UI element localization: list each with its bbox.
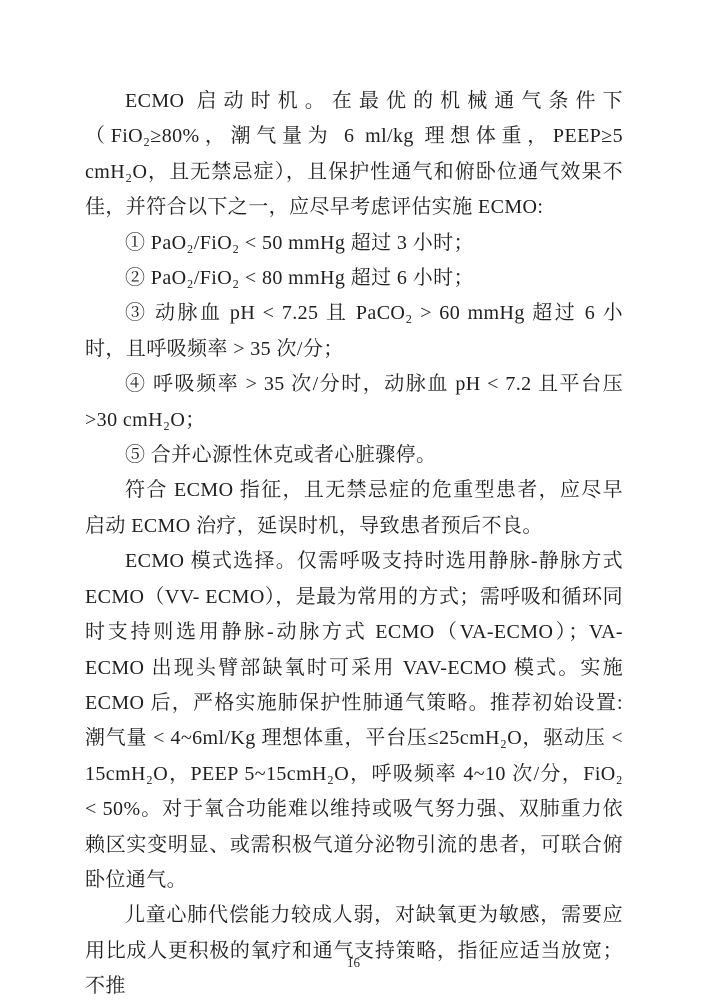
paragraph: ECMO 模式选择。仅需呼吸支持时选用静脉-静脉方式 ECMO（VV- ECMO… [85, 544, 623, 898]
page-footer: 16 [0, 954, 707, 972]
paragraph: 符合 ECMO 指征，且无禁忌症的危重型患者，应尽早启动 ECMO 治疗，延误时… [85, 473, 623, 544]
paragraph: ② PaO₂/FiO₂ < 80 mmHg 超过 6 小时； [85, 261, 623, 296]
document-body: ECMO 启动时机。在最优的机械通气条件下（FiO₂≥80%，潮气量为 6 ml… [85, 84, 623, 1000]
paragraph: ④ 呼吸频率 > 35 次/分时，动脉血 pH < 7.2 且平台压>30 cm… [85, 367, 623, 438]
paragraph: ⑤ 合并心源性休克或者心脏骤停。 [85, 438, 623, 473]
page-number: 16 [347, 955, 360, 970]
paragraph: ③ 动脉血 pH < 7.25 且 PaCO₂ > 60 mmHg 超过 6 小… [85, 296, 623, 367]
paragraph: ECMO 启动时机。在最优的机械通气条件下（FiO₂≥80%，潮气量为 6 ml… [85, 84, 623, 226]
document-page: ECMO 启动时机。在最优的机械通气条件下（FiO₂≥80%，潮气量为 6 ml… [0, 0, 707, 1000]
paragraph: ① PaO₂/FiO₂ < 50 mmHg 超过 3 小时； [85, 226, 623, 261]
paragraph: 儿童心肺代偿能力较成人弱，对缺氧更为敏感，需要应用比成人更积极的氧疗和通气支持策… [85, 898, 623, 1000]
